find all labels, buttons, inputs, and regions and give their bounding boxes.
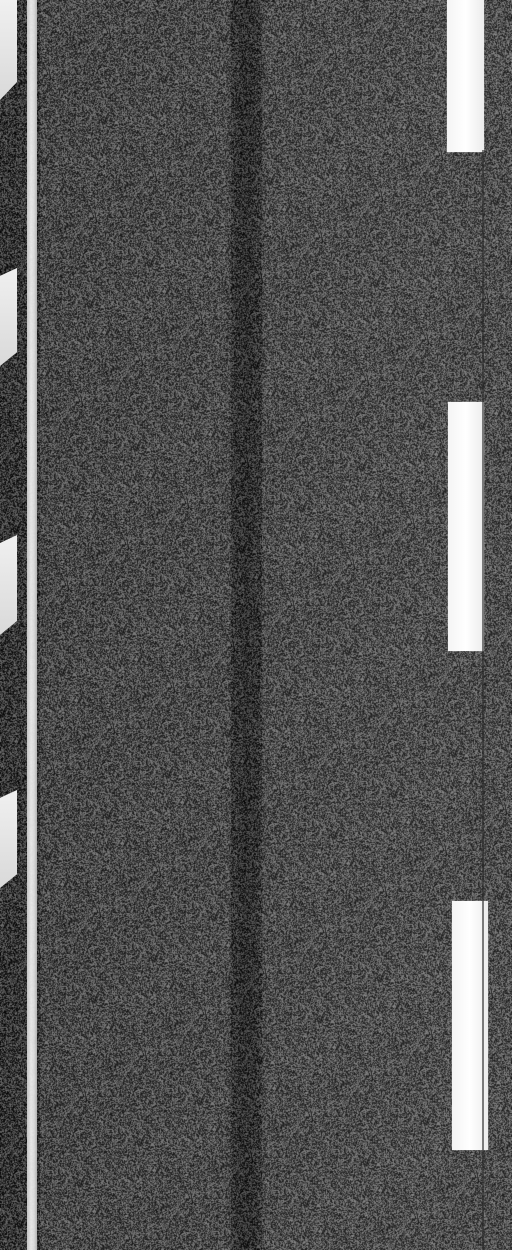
road-surface <box>0 0 512 1250</box>
hatch-chevron <box>0 268 17 366</box>
pavement-crack <box>482 150 484 1250</box>
lane-dash <box>447 0 484 152</box>
solid-edge-line <box>27 0 37 1250</box>
hatch-chevron <box>0 535 17 635</box>
hatch-chevron <box>0 790 17 888</box>
wheel-rut <box>226 0 266 1250</box>
lane-dash <box>448 402 484 651</box>
